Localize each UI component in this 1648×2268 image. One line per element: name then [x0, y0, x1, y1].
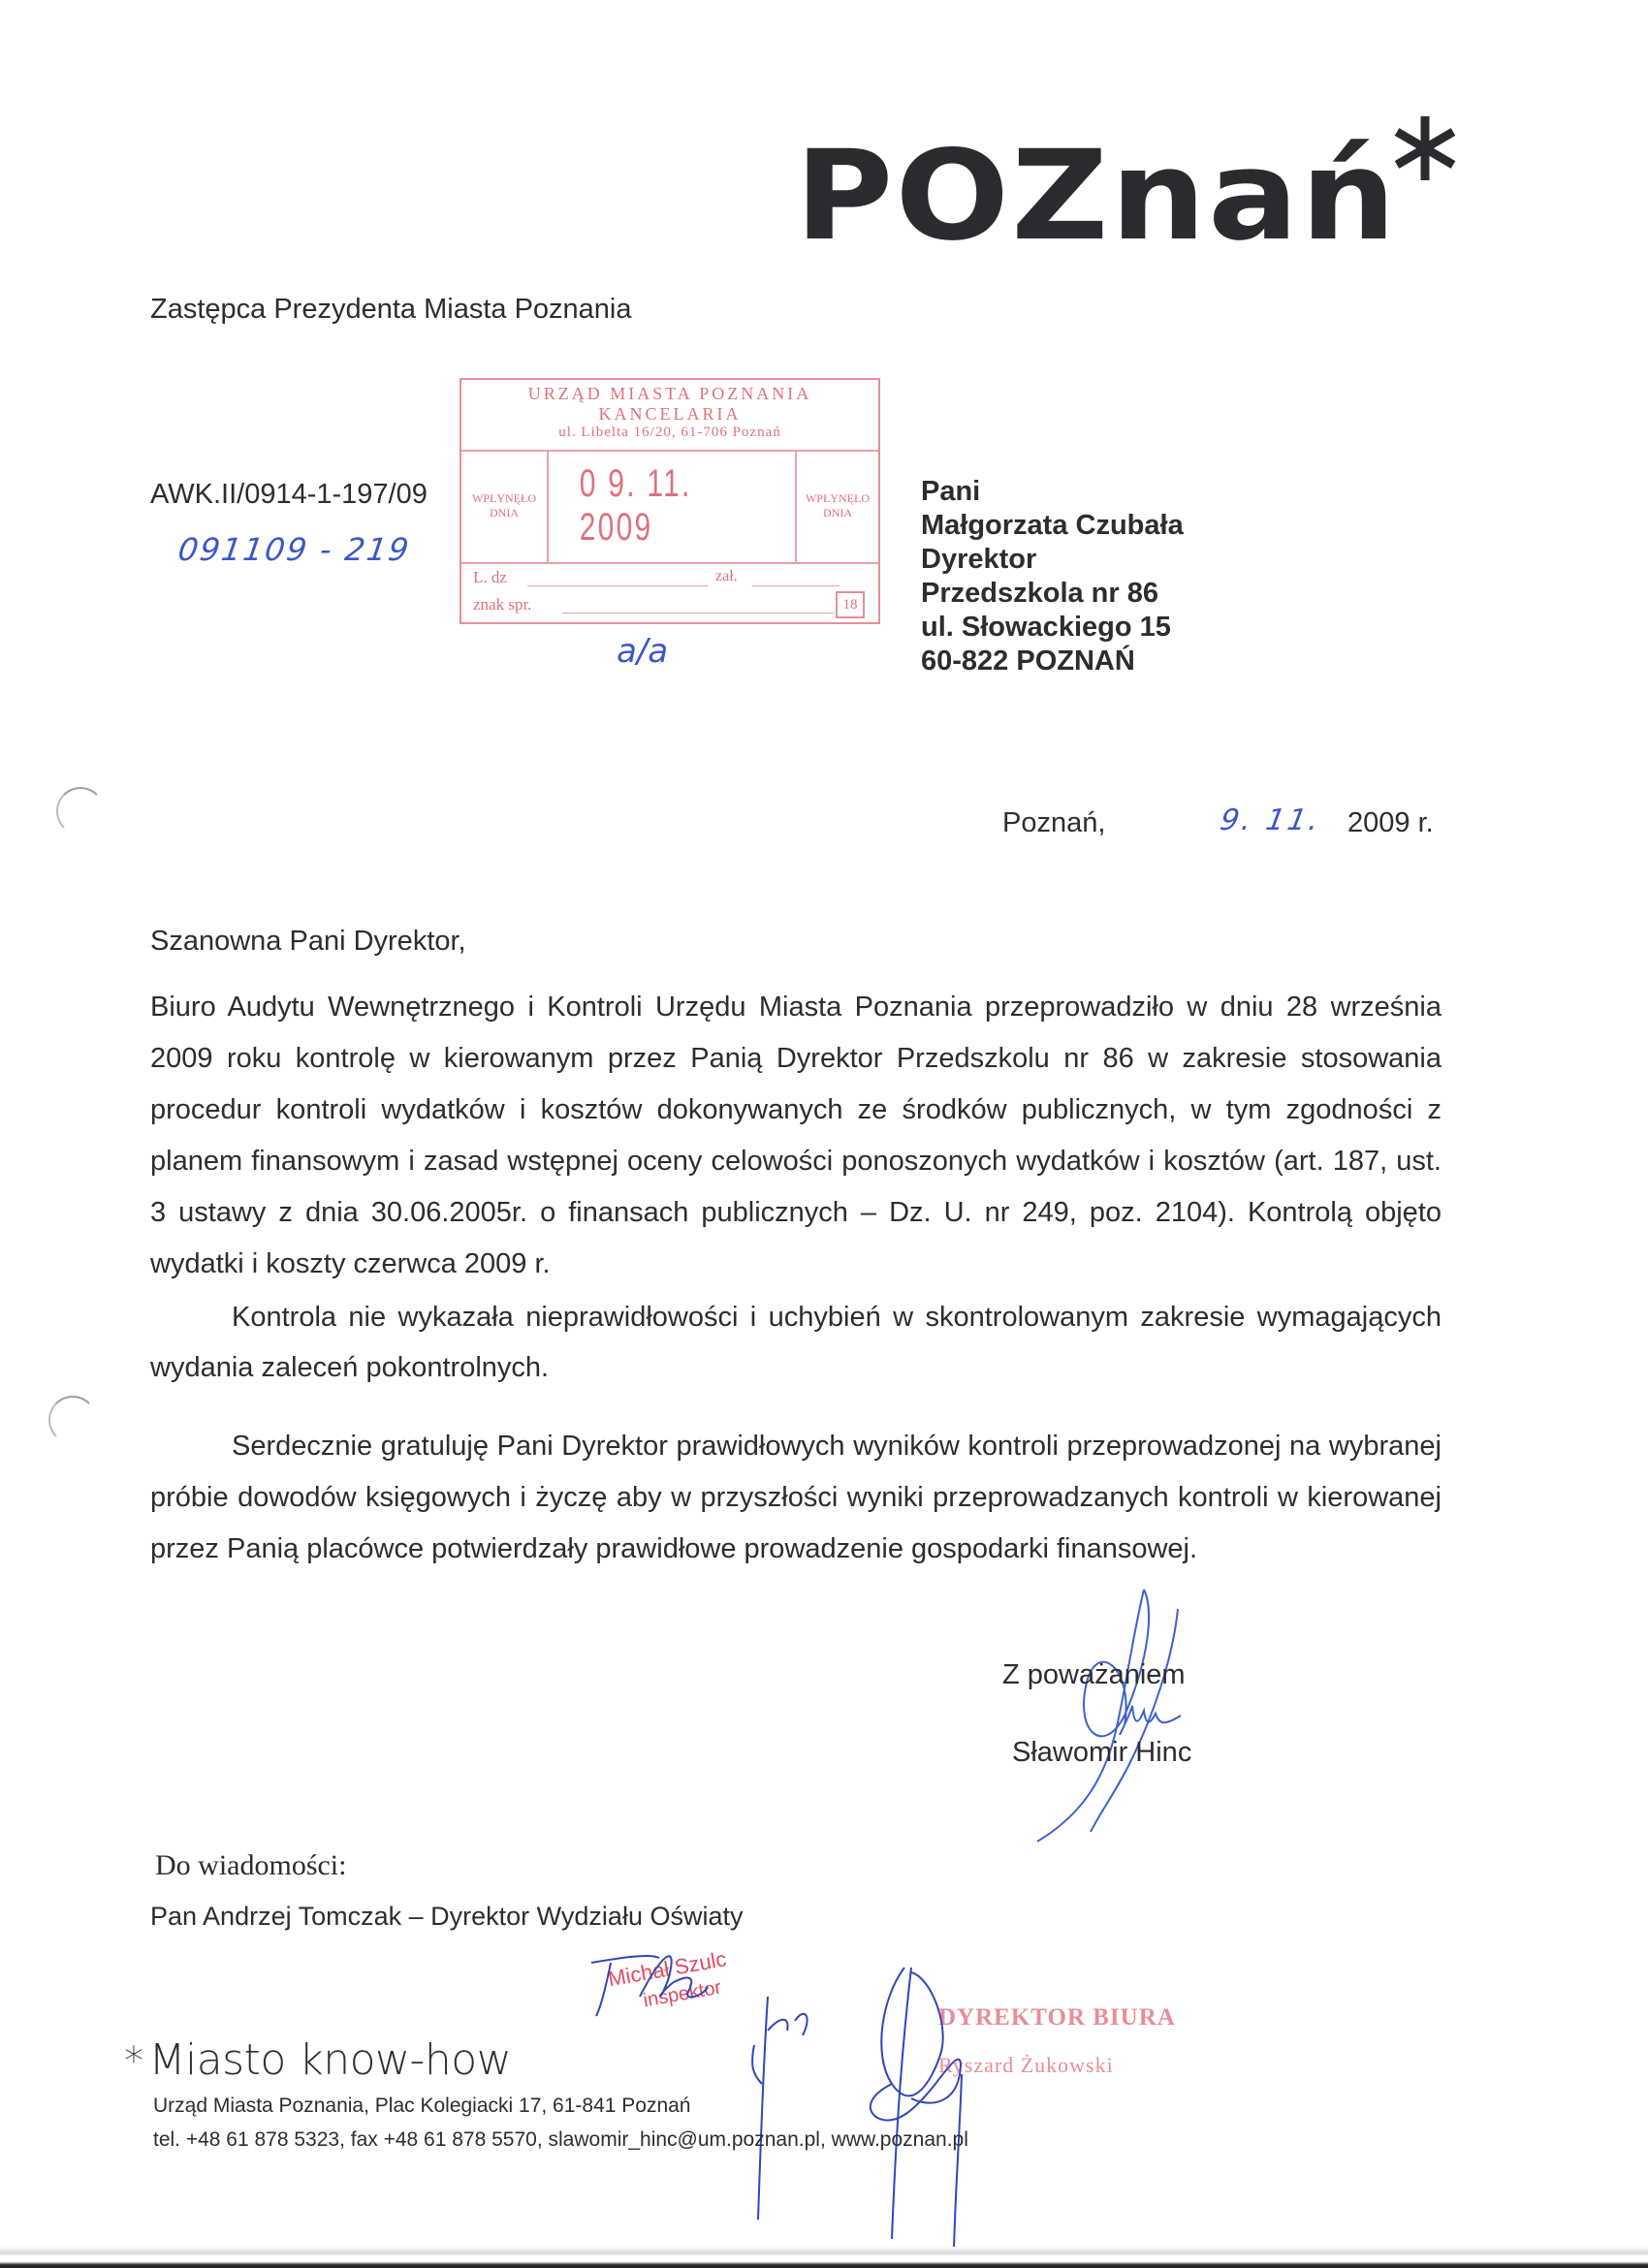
body-paragraph-1: Biuro Audytu Wewnętrznego i Kontroli Urz…	[150, 982, 1442, 1290]
stamp-office-name: URZĄD MIASTA POZNANIA	[461, 384, 878, 404]
place-and-date: Poznań, 9. 11. 2009 r.	[1002, 807, 1448, 846]
reference-number: AWK.II/0914-1-197/09	[150, 479, 428, 511]
stamp-zal-line	[752, 585, 840, 586]
place: Poznań,	[1002, 807, 1105, 839]
signer-name: Sławomir Hinc	[1012, 1737, 1191, 1769]
stamp-department: KANCELARIA	[461, 404, 878, 425]
closing-phrase: Z poważaniem	[1002, 1659, 1186, 1691]
body-paragraph-3: Serdecznie gratuluję Pani Dyrektor prawi…	[150, 1421, 1442, 1575]
asterisk-icon	[1391, 114, 1459, 182]
signature-icon	[1008, 1580, 1221, 1851]
handwritten-note: a/a	[617, 632, 668, 671]
receipt-stamp: URZĄD MIASTA POZNANIA KANCELARIA ul. Lib…	[460, 378, 880, 624]
stamp-received-label-right: WPŁYNĘŁO DNIA	[795, 450, 878, 562]
stamp-znak-line	[562, 613, 834, 614]
sender-title: Zastępca Prezydenta Miasta Poznania	[150, 294, 632, 326]
cc-heading: Do wiadomości:	[155, 1849, 346, 1882]
stamp-label: DNIA	[797, 506, 878, 520]
recipient-line: Pani	[921, 475, 1184, 509]
footer-contact: tel. +48 61 878 5323, fax +48 61 878 557…	[153, 2128, 968, 2152]
footer-slogan: *Miasto know-how	[124, 2035, 511, 2085]
stamp-date-row: WPŁYNĘŁO DNIA 0 9. 11. 2009 WPŁYNĘŁO DNI…	[461, 450, 878, 564]
punch-hole-mark	[48, 1396, 97, 1444]
handwritten-registration-number: 091109 - 219	[175, 531, 412, 568]
stamp-header: URZĄD MIASTA POZNANIA KANCELARIA ul. Lib…	[461, 380, 878, 452]
slogan-text: Miasto know-how	[149, 2035, 512, 2085]
stamp-registry-fields: L. dz zał. znak spr. 18	[461, 562, 878, 622]
logo-wordmark: POZnań	[795, 114, 1398, 279]
initials-signatures-icon	[562, 1938, 1202, 2249]
stamp-received-label-left: WPŁYNĘŁO DNIA	[461, 450, 549, 562]
scan-page-edge	[0, 2247, 1648, 2268]
cc-recipient: Pan Andrzej Tomczak – Dyrektor Wydziału …	[150, 1902, 743, 1932]
salutation: Szanowna Pani Dyrektor,	[150, 926, 466, 958]
recipient-address: Pani Małgorzata Czubała Dyrektor Przedsz…	[921, 475, 1184, 678]
year: 2009 r.	[1347, 807, 1434, 839]
stamp-zal-label: zał.	[715, 568, 738, 585]
stamp-znak-label: znak spr.	[473, 595, 531, 614]
recipient-line: 60-822 POZNAŃ	[921, 645, 1184, 678]
body-paragraph-2: Kontrola nie wykazała nieprawidłowości i…	[150, 1292, 1442, 1393]
recipient-line: Przedszkola nr 86	[921, 577, 1184, 611]
handwritten-date: 9. 11.	[1218, 803, 1324, 837]
recipient-line: Dyrektor	[921, 543, 1184, 577]
stamp-label: WPŁYNĘŁO	[797, 491, 878, 506]
recipient-line: Małgorzata Czubała	[921, 509, 1184, 543]
stamp-number-box: 18	[836, 591, 865, 618]
stamp-ldz-line	[527, 585, 708, 586]
stamp-address: ul. Libelta 16/20, 61-706 Poznań	[461, 425, 878, 441]
stamp-ldz-label: L. dz	[473, 568, 507, 587]
stamp-date: 0 9. 11. 2009	[580, 450, 765, 562]
stamp-label: WPŁYNĘŁO	[461, 491, 547, 506]
stamp-label: DNIA	[461, 506, 547, 520]
asterisk-icon: *	[124, 2039, 143, 2084]
recipient-line: ul. Słowackiego 15	[921, 611, 1184, 645]
footer-address: Urząd Miasta Poznania, Plac Kolegiacki 1…	[153, 2095, 691, 2118]
punch-hole-mark	[56, 787, 105, 835]
poznan-logo: POZnań	[795, 114, 1454, 279]
